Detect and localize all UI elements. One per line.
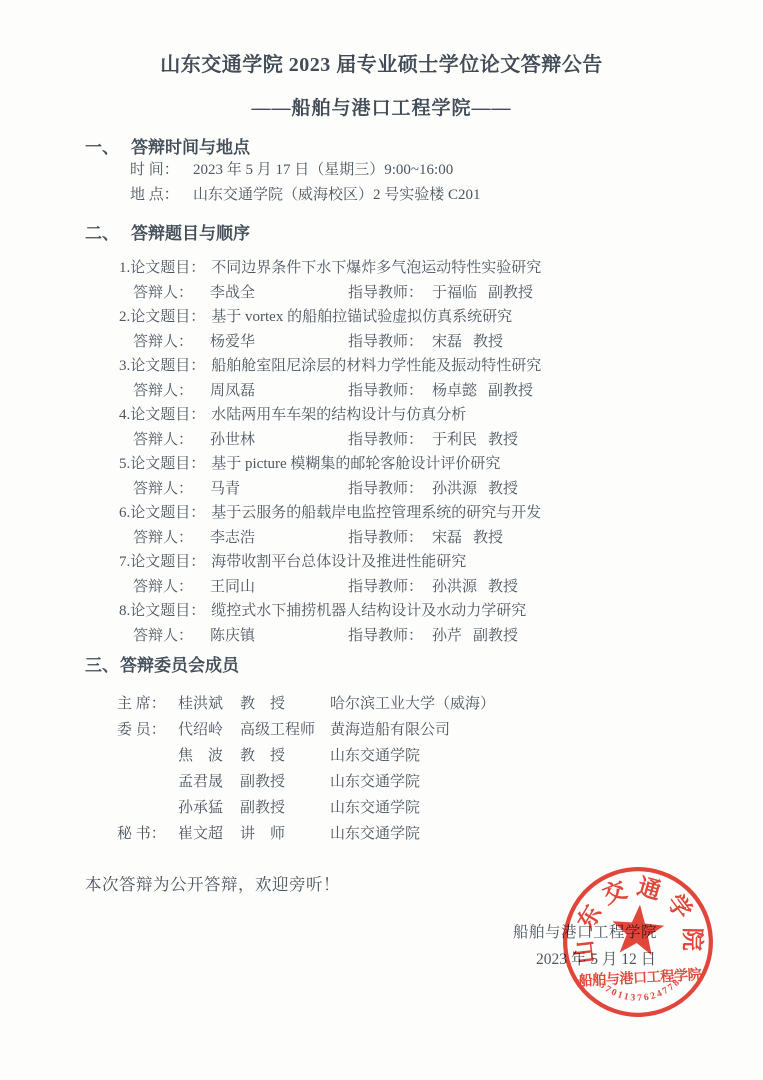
topic-label: 论文题目： xyxy=(130,554,205,570)
thesis-title-line: 3.论文题目：船舶舱室阻尼涂层的材料力学性能及振动特性研究 xyxy=(0,354,763,379)
committee-name: 孙承猛 xyxy=(178,795,223,821)
respondent-line: 答辩人：李志浩指导教师：宋磊教授 xyxy=(0,526,763,551)
respondent-label: 答辩人： xyxy=(133,526,193,551)
advisor-name: 孙洪源 xyxy=(432,579,477,595)
committee-org: 哈尔滨工业大学（威海） xyxy=(330,691,495,717)
advisor-rank: 教授 xyxy=(488,579,518,595)
respondent-label: 答辩人： xyxy=(133,477,193,502)
advisor-group: 指导教师：于福临副教授 xyxy=(348,281,533,306)
advisor-label: 指导教师： xyxy=(348,334,423,350)
defense-item: 7.论文题目：海带收割平台总体设计及推进性能研究 答辩人：王同山指导教师：孙洪源… xyxy=(0,550,763,599)
thesis-title: 基于 vortex 的船舶拉锚试验虚拟仿真系统研究 xyxy=(211,309,512,325)
respondent-label: 答辩人： xyxy=(133,281,193,306)
section-3-number: 三、 xyxy=(85,656,119,675)
respondent-label: 答辩人： xyxy=(133,575,193,600)
candidate-name: 马青 xyxy=(210,477,240,502)
advisor-label: 指导教师： xyxy=(348,432,423,448)
advisor-group: 指导教师：杨卓懿副教授 xyxy=(348,379,533,404)
advisor-group: 指导教师：孙洪源教授 xyxy=(348,477,518,502)
advisor-name: 孙洪源 xyxy=(432,481,477,497)
section-2-heading: 二、答辩题目与顺序 xyxy=(85,219,250,244)
section-2-title: 答辩题目与顺序 xyxy=(131,224,250,243)
committee-row: 孟君晟 副教授 山东交通学院 xyxy=(0,769,763,795)
defense-item: 3.论文题目：船舶舱室阻尼涂层的材料力学性能及振动特性研究 答辩人：周凤磊指导教… xyxy=(0,354,763,403)
defense-item: 8.论文题目：缆控式水下捕捞机器人结构设计及水动力学研究 答辩人：陈庆镇指导教师… xyxy=(0,599,763,648)
section-1-heading: 一、答辩时间与地点 xyxy=(85,133,250,158)
defense-list: 1.论文题目：不同边界条件下水下爆炸多气泡运动特性实验研究 答辩人：李战全指导教… xyxy=(0,256,763,648)
respondent-label: 答辩人： xyxy=(133,428,193,453)
committee-name: 焦 波 xyxy=(178,743,223,769)
advisor-rank: 教授 xyxy=(488,481,518,497)
place-row: 地 点： 山东交通学院（威海校区）2 号实验楼 C201 xyxy=(0,183,763,208)
topic-label: 论文题目： xyxy=(130,260,205,276)
defense-item: 6.论文题目：基于云服务的船载岸电监控管理系统的研究与开发 答辩人：李志浩指导教… xyxy=(0,501,763,550)
section-3-heading: 三、答辩委员会成员 xyxy=(85,651,239,676)
committee-title: 教 授 xyxy=(240,743,285,769)
page-subtitle: ——船舶与港口工程学院—— xyxy=(0,93,763,120)
committee-name: 桂洪斌 xyxy=(178,691,223,717)
advisor-name: 宋磊 xyxy=(432,530,462,546)
item-number: 7. xyxy=(119,554,130,570)
advisor-label: 指导教师： xyxy=(348,579,423,595)
advisor-rank: 教授 xyxy=(473,334,503,350)
section-3-title: 答辩委员会成员 xyxy=(120,656,239,675)
advisor-name: 杨卓懿 xyxy=(432,383,477,399)
topic-label: 论文题目： xyxy=(130,505,205,521)
item-number: 2. xyxy=(119,309,130,325)
topic-label: 论文题目： xyxy=(130,456,205,472)
committee-org: 山东交通学院 xyxy=(330,769,420,795)
thesis-title: 基于 picture 模糊集的邮轮客舱设计评价研究 xyxy=(211,456,500,472)
respondent-line: 答辩人：马青指导教师：孙洪源教授 xyxy=(0,477,763,502)
candidate-name: 王同山 xyxy=(210,575,255,600)
advisor-group: 指导教师：孙洪源教授 xyxy=(348,575,518,600)
page-title: 山东交通学院 2023 届专业硕士学位论文答辩公告 xyxy=(0,48,763,77)
advisor-label: 指导教师： xyxy=(348,628,423,644)
time-value: 2023 年 5 月 17 日（星期三）9:00~16:00 xyxy=(193,158,453,183)
thesis-title-line: 5.论文题目：基于 picture 模糊集的邮轮客舱设计评价研究 xyxy=(0,452,763,477)
committee-row: 主 席： 桂洪斌 教 授 哈尔滨工业大学（威海） xyxy=(0,691,763,717)
thesis-title-line: 2.论文题目：基于 vortex 的船舶拉锚试验虚拟仿真系统研究 xyxy=(0,305,763,330)
defense-item: 5.论文题目：基于 picture 模糊集的邮轮客舱设计评价研究 答辩人：马青指… xyxy=(0,452,763,501)
committee-org: 山东交通学院 xyxy=(330,821,420,847)
item-number: 8. xyxy=(119,603,130,619)
candidate-name: 杨爱华 xyxy=(210,330,255,355)
respondent-label: 答辩人： xyxy=(133,624,193,649)
committee-title: 教 授 xyxy=(240,691,285,717)
respondent-label: 答辩人： xyxy=(133,330,193,355)
seal-banner-text: 船舶与港口工程学院 xyxy=(577,966,703,990)
advisor-group: 指导教师：孙芹副教授 xyxy=(348,624,518,649)
item-number: 4. xyxy=(119,407,130,423)
topic-label: 论文题目： xyxy=(130,309,205,325)
place-value: 山东交通学院（威海校区）2 号实验楼 C201 xyxy=(193,183,481,208)
committee-row: 焦 波 教 授 山东交通学院 xyxy=(0,743,763,769)
committee-title: 副教授 xyxy=(240,795,285,821)
committee-list: 主 席： 桂洪斌 教 授 哈尔滨工业大学（威海） 委 员： 代绍岭 高级工程师 … xyxy=(0,691,763,847)
schedule-block: 时 间： 2023 年 5 月 17 日（星期三）9:00~16:00 地 点：… xyxy=(0,158,763,208)
document-page: 山东交通学院 2023 届专业硕士学位论文答辩公告 ——船舶与港口工程学院—— … xyxy=(0,0,763,1080)
advisor-group: 指导教师：于利民教授 xyxy=(348,428,518,453)
committee-name: 代绍岭 xyxy=(178,717,223,743)
advisor-label: 指导教师： xyxy=(348,383,423,399)
section-1-number: 一、 xyxy=(85,138,119,157)
committee-role: 秘 书： xyxy=(117,821,166,847)
candidate-name: 孙世林 xyxy=(210,428,255,453)
item-number: 3. xyxy=(119,358,130,374)
advisor-label: 指导教师： xyxy=(348,285,423,301)
thesis-title: 基于云服务的船载岸电监控管理系统的研究与开发 xyxy=(211,505,541,521)
topic-label: 论文题目： xyxy=(130,358,205,374)
thesis-title: 不同边界条件下水下爆炸多气泡运动特性实验研究 xyxy=(211,260,541,276)
advisor-label: 指导教师： xyxy=(348,530,423,546)
committee-org: 黄海造船有限公司 xyxy=(330,717,450,743)
section-2-number: 二、 xyxy=(85,224,119,243)
item-number: 5. xyxy=(119,456,130,472)
candidate-name: 李志浩 xyxy=(210,526,255,551)
committee-role: 主 席： xyxy=(117,691,166,717)
advisor-label: 指导教师： xyxy=(348,481,423,497)
committee-name: 崔文超 xyxy=(178,821,223,847)
public-notice-text: 本次答辩为公开答辩，欢迎旁听！ xyxy=(85,871,340,895)
time-label: 时 间： xyxy=(130,158,179,183)
respondent-label: 答辩人： xyxy=(133,379,193,404)
respondent-line: 答辩人：王同山指导教师：孙洪源教授 xyxy=(0,575,763,600)
advisor-group: 指导教师：宋磊教授 xyxy=(348,330,503,355)
candidate-name: 李战全 xyxy=(210,281,255,306)
seal-star-icon xyxy=(610,902,666,956)
respondent-line: 答辩人：杨爱华指导教师：宋磊教授 xyxy=(0,330,763,355)
advisor-name: 孙芹 xyxy=(432,628,462,644)
committee-row: 孙承猛 副教授 山东交通学院 xyxy=(0,795,763,821)
thesis-title: 船舶舱室阻尼涂层的材料力学性能及振动特性研究 xyxy=(211,358,541,374)
thesis-title-line: 4.论文题目：水陆两用车车架的结构设计与仿真分析 xyxy=(0,403,763,428)
committee-title: 讲 师 xyxy=(240,821,285,847)
respondent-line: 答辩人：陈庆镇指导教师：孙芹副教授 xyxy=(0,624,763,649)
candidate-name: 周凤磊 xyxy=(210,379,255,404)
thesis-title-line: 1.论文题目：不同边界条件下水下爆炸多气泡运动特性实验研究 xyxy=(0,256,763,281)
section-1-title: 答辩时间与地点 xyxy=(131,138,250,157)
committee-title: 高级工程师 xyxy=(240,717,315,743)
advisor-rank: 副教授 xyxy=(473,628,518,644)
defense-item: 4.论文题目：水陆两用车车架的结构设计与仿真分析 答辩人：孙世林指导教师：于利民… xyxy=(0,403,763,452)
committee-title: 副教授 xyxy=(240,769,285,795)
time-row: 时 间： 2023 年 5 月 17 日（星期三）9:00~16:00 xyxy=(0,158,763,183)
committee-role: 委 员： xyxy=(117,717,166,743)
advisor-group: 指导教师：宋磊教授 xyxy=(348,526,503,551)
committee-name: 孟君晟 xyxy=(178,769,223,795)
defense-item: 1.论文题目：不同边界条件下水下爆炸多气泡运动特性实验研究 答辩人：李战全指导教… xyxy=(0,256,763,305)
committee-org: 山东交通学院 xyxy=(330,743,420,769)
thesis-title-line: 8.论文题目：缆控式水下捕捞机器人结构设计及水动力学研究 xyxy=(0,599,763,624)
advisor-rank: 副教授 xyxy=(488,383,533,399)
thesis-title: 海带收割平台总体设计及推进性能研究 xyxy=(211,554,466,570)
advisor-rank: 教授 xyxy=(488,432,518,448)
advisor-rank: 副教授 xyxy=(488,285,533,301)
respondent-line: 答辩人：李战全指导教师：于福临副教授 xyxy=(0,281,763,306)
advisor-name: 于利民 xyxy=(432,432,477,448)
committee-org: 山东交通学院 xyxy=(330,795,420,821)
thesis-title: 水陆两用车车架的结构设计与仿真分析 xyxy=(211,407,466,423)
topic-label: 论文题目： xyxy=(130,407,205,423)
respondent-line: 答辩人：周凤磊指导教师：杨卓懿副教授 xyxy=(0,379,763,404)
thesis-title-line: 7.论文题目：海带收割平台总体设计及推进性能研究 xyxy=(0,550,763,575)
respondent-line: 答辩人：孙世林指导教师：于利民教授 xyxy=(0,428,763,453)
thesis-title: 缆控式水下捕捞机器人结构设计及水动力学研究 xyxy=(211,603,526,619)
item-number: 1. xyxy=(119,260,130,276)
committee-row: 秘 书： 崔文超 讲 师 山东交通学院 xyxy=(0,821,763,847)
item-number: 6. xyxy=(119,505,130,521)
defense-item: 2.论文题目：基于 vortex 的船舶拉锚试验虚拟仿真系统研究 答辩人：杨爱华… xyxy=(0,305,763,354)
advisor-rank: 教授 xyxy=(473,530,503,546)
advisor-name: 于福临 xyxy=(432,285,477,301)
committee-row: 委 员： 代绍岭 高级工程师 黄海造船有限公司 xyxy=(0,717,763,743)
place-label: 地 点： xyxy=(130,183,179,208)
topic-label: 论文题目： xyxy=(130,603,205,619)
advisor-name: 宋磊 xyxy=(432,334,462,350)
candidate-name: 陈庆镇 xyxy=(210,624,255,649)
thesis-title-line: 6.论文题目：基于云服务的船载岸电监控管理系统的研究与开发 xyxy=(0,501,763,526)
official-seal: 山东交通学院 船舶与港口工程学院 3701137624778 xyxy=(548,852,729,1033)
